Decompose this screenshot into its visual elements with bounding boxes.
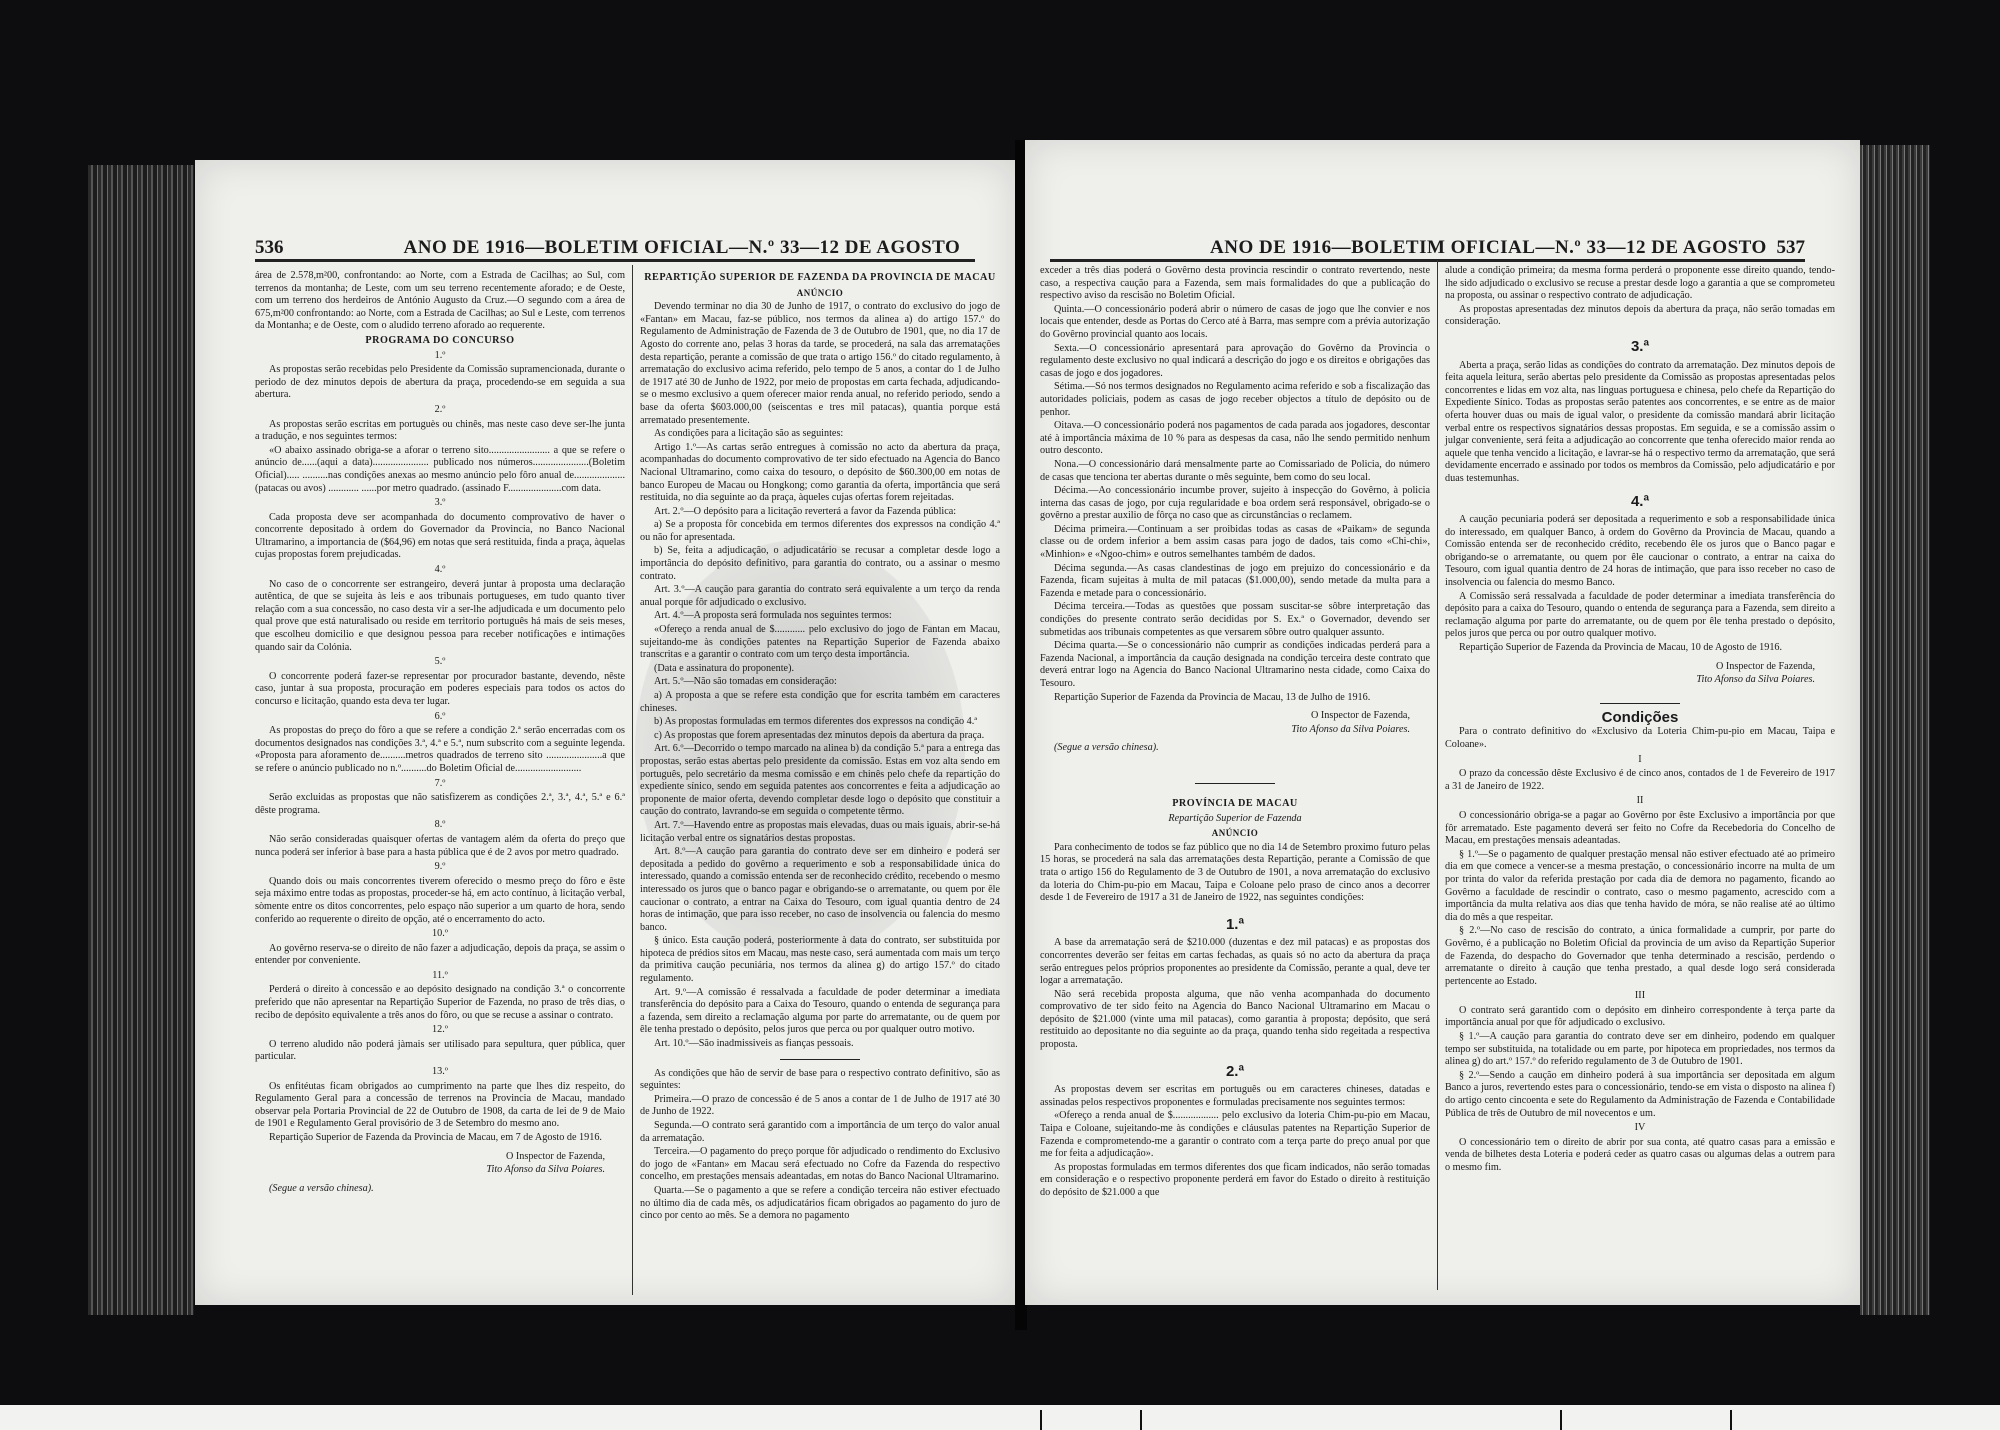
paragraph: As propostas serão recebidas pelo Presid… — [255, 364, 625, 402]
clause-number: II — [1445, 795, 1835, 808]
signature-name: Tito Afonso da Silva Poiares. — [1040, 724, 1430, 737]
paragraph: «Ofereço a renda anual de $............ … — [640, 624, 1000, 662]
paragraph: «O abaixo assinado obriga-se a aforar o … — [255, 445, 625, 495]
paragraph: As propostas formuladas em termos difere… — [1040, 1162, 1430, 1200]
column-divider — [1437, 260, 1438, 1290]
right-column-1: exceder a três dias poderá o Govêrno des… — [1040, 265, 1430, 1201]
paragraph: Para conhecimento de todos se faz públic… — [1040, 842, 1430, 905]
paragraph: O concessionário tem o direito de abrir … — [1445, 1137, 1835, 1175]
paragraph: O concorrente poderá fazer-se representa… — [255, 671, 625, 709]
paragraph: Art. 2.º—O depósito para a licitação rev… — [640, 506, 1000, 519]
paragraph: Não serão consideradas quaisquer ofertas… — [255, 834, 625, 859]
paragraph: Art. 8.º—A caução para garantia do contr… — [640, 846, 1000, 934]
paragraph: Aberta a praça, serão lidas as condições… — [1445, 360, 1835, 486]
divider-rule — [780, 1059, 860, 1060]
paragraph: b) Se, feita a adjudicação, o adjudicatá… — [640, 545, 1000, 583]
divider-rule — [1195, 783, 1275, 784]
clause-number: 2.º — [255, 404, 625, 417]
right-running-header: ANO DE 1916—BOLETIM OFICIAL—N.º 33—12 DE… — [1050, 235, 1805, 262]
film-strip-margin — [0, 1405, 2000, 1430]
clause-number: 4.º — [255, 564, 625, 577]
paragraph: Sexta.—O concessionário apresentará para… — [1040, 343, 1430, 381]
paragraph: Décima quarta.—Se o concessionário não c… — [1040, 640, 1430, 690]
signature-title: O Inspector de Fazenda, — [1445, 661, 1835, 674]
clause-number: III — [1445, 990, 1835, 1003]
paragraph: O prazo da concessão dêste Exclusivo é d… — [1445, 768, 1835, 793]
clause-number: 7.º — [255, 778, 625, 791]
paragraph: Nona.—O concessionário dará mensalmente … — [1040, 459, 1430, 484]
paragraph: Terceira.—O pagamento do preço porque fô… — [640, 1146, 1000, 1184]
section-subheading: ANÚNCIO — [1040, 827, 1430, 840]
paragraph: Art. 10.º—São inadmissiveis as fianças p… — [640, 1038, 1000, 1051]
closing-line: Repartição Superior de Fazenda da Provin… — [1445, 642, 1835, 655]
left-running-header: 536 ANO DE 1916—BOLETIM OFICIAL—N.º 33—1… — [255, 235, 975, 262]
clause-number: 3.º — [255, 497, 625, 510]
section-heading: PROVÍNCIA DE MACAU — [1040, 798, 1430, 811]
paragraph: Sétima.—Só nos termos designados no Regu… — [1040, 381, 1430, 419]
signature-name: Tito Afonso da Silva Poiares. — [255, 1164, 625, 1177]
section-heading: REPARTIÇÃO SUPERIOR DE FAZENDA DA PROVIN… — [640, 272, 1000, 285]
paragraph: § 1.º—Se o pagamento de qualquer prestaç… — [1445, 849, 1835, 925]
paragraph: «Ofereço a renda anual de $.............… — [1040, 1110, 1430, 1160]
paragraph: Não será recebida proposta alguma, que n… — [1040, 989, 1430, 1052]
clause-number: 6.º — [255, 711, 625, 724]
paragraph: O concessionário obriga-se a pagar ao Go… — [1445, 810, 1835, 848]
paragraph: As propostas apresentadas dez minutos de… — [1445, 304, 1835, 329]
paragraph: A base da arrematação será de $210.000 (… — [1040, 937, 1430, 987]
paragraph: Para o contrato definitivo do «Exclusivo… — [1445, 726, 1835, 751]
paragraph: As propostas serão escritas em portuguès… — [255, 419, 625, 444]
film-mark — [1140, 1410, 1142, 1430]
paragraph: Oitava.—O concessionário poderá nos paga… — [1040, 420, 1430, 458]
running-head: ANO DE 1916—BOLETIM OFICIAL—N.º 33—12 DE… — [404, 237, 976, 259]
paragraph: Art. 3.º—A caução para garantia do contr… — [640, 584, 1000, 609]
paragraph: § 2.º—Sendo a caução em dinheiro poderá … — [1445, 1070, 1835, 1120]
paragraph: Segunda.—O contrato será garantido com a… — [640, 1120, 1000, 1145]
right-column-2: alude a condição primeira; da mesma form… — [1445, 265, 1835, 1176]
clause-number: 1.ª — [1040, 919, 1430, 932]
section-subheading: ANÚNCIO — [640, 287, 1000, 300]
signature-title: O Inspector de Fazenda, — [1040, 710, 1430, 723]
clause-number: 8.º — [255, 819, 625, 832]
note: (Segue a versão chinesa). — [1040, 742, 1430, 755]
clause-number: 2.ª — [1040, 1066, 1430, 1079]
clause-number: 11.º — [255, 970, 625, 983]
paragraph: b) As propostas formuladas em termos dif… — [640, 716, 1000, 729]
film-mark — [1730, 1410, 1732, 1430]
paragraph: a) A proposta a que se refere esta condi… — [640, 690, 1000, 715]
paragraph: a) Se a proposta fôr concebida em termos… — [640, 519, 1000, 544]
clause-number: 9.º — [255, 861, 625, 874]
paragraph: Art. 9.º—A comissão é ressalvada a facul… — [640, 987, 1000, 1037]
book-edge-right — [1860, 145, 1930, 1315]
clause-number: I — [1445, 754, 1835, 767]
page-number: 537 — [1777, 237, 1806, 259]
paragraph: As condições que hão de servir de base p… — [640, 1068, 1000, 1093]
film-mark — [1560, 1410, 1562, 1430]
section-heading: PROGRAMA DO CONCURSO — [255, 335, 625, 348]
paragraph: A Comissão será ressalvada a faculdade d… — [1445, 591, 1835, 641]
paragraph: As propostas devem ser escritas em portu… — [1040, 1084, 1430, 1109]
section-subheading: Repartição Superior de Fazenda — [1040, 813, 1430, 826]
paragraph: área de 2.578,m²00, confrontando: ao Nor… — [255, 270, 625, 333]
closing-line: Repartição Superior de Fazenda da Provin… — [1040, 692, 1430, 705]
note: (Segue a versão chinesa). — [255, 1183, 625, 1196]
paragraph: alude a condição primeira; da mesma form… — [1445, 265, 1835, 303]
column-divider — [632, 265, 633, 1295]
paragraph: As propostas do preço do fôro a que se r… — [255, 725, 625, 775]
paragraph: Quinta.—O concessionário poderá abrir o … — [1040, 304, 1430, 342]
paragraph: Primeira.—O prazo de concessão é de 5 an… — [640, 1094, 1000, 1119]
paragraph: Art. 6.º—Decorrido o tempo marcado na al… — [640, 743, 1000, 819]
paragraph: c) As propostas que forem apresentadas d… — [640, 730, 1000, 743]
paragraph: § 1.º—A caução para garantia do contrato… — [1445, 1031, 1835, 1069]
left-column-1: área de 2.578,m²00, confrontando: ao Nor… — [255, 270, 625, 1196]
clause-number: IV — [1445, 1122, 1835, 1135]
paragraph: Serão excluidas as propostas que não sat… — [255, 792, 625, 817]
signature-title: O Inspector de Fazenda, — [255, 1151, 625, 1164]
clause-number: 13.º — [255, 1066, 625, 1079]
left-page: 536 ANO DE 1916—BOLETIM OFICIAL—N.º 33—1… — [195, 160, 1015, 1305]
clause-number: 12.º — [255, 1024, 625, 1037]
paragraph: O contrato será garantido com o depósito… — [1445, 1005, 1835, 1030]
signature-name: Tito Afonso da Silva Poiares. — [1445, 674, 1835, 687]
paragraph: Décima.—Ao concessionário incumbe prover… — [1040, 485, 1430, 523]
section-heading: Condições — [1445, 712, 1835, 725]
paragraph: Quando dois ou mais concorrentes tiverem… — [255, 876, 625, 926]
paragraph: O terreno aludido não poderá jàmais ser … — [255, 1039, 625, 1064]
clause-number: 5.º — [255, 656, 625, 669]
paragraph: Art. 7.º—Havendo entre as propostas mais… — [640, 820, 1000, 845]
paragraph: exceder a três dias poderá o Govêrno des… — [1040, 265, 1430, 303]
paragraph: Ao govêrno reserva-se o direito de não f… — [255, 943, 625, 968]
paragraph: Perderá o direito à concessão e ao depós… — [255, 984, 625, 1022]
paragraph: No caso de o concorrente ser estrangeiro… — [255, 579, 625, 655]
running-head: ANO DE 1916—BOLETIM OFICIAL—N.º 33—12 DE… — [1210, 237, 1777, 259]
book-edge-left — [88, 165, 194, 1315]
paragraph: Décima primeira.—Continuam a ser proibid… — [1040, 524, 1430, 562]
paragraph: A caução pecuniaria poderá ser depositad… — [1445, 514, 1835, 590]
left-column-2: REPARTIÇÃO SUPERIOR DE FAZENDA DA PROVIN… — [640, 270, 1000, 1224]
paragraph: Devendo terminar no dia 30 de Junho de 1… — [640, 301, 1000, 427]
paragraph: Art. 4.º—A proposta será formulada nos s… — [640, 610, 1000, 623]
paragraph: Quarta.—Se o pagamento a que se refere a… — [640, 1185, 1000, 1223]
clause-number: 4.ª — [1445, 496, 1835, 509]
paragraph: Artigo 1.º—As cartas serão entregues à c… — [640, 442, 1000, 505]
film-mark — [1040, 1410, 1042, 1430]
divider-rule — [1600, 703, 1680, 704]
clause-number: 3.ª — [1445, 341, 1835, 354]
paragraph: Art. 5.º—Não são tomadas em consideração… — [640, 676, 1000, 689]
paragraph: As condições para a licitação são as seg… — [640, 428, 1000, 441]
right-page: ANO DE 1916—BOLETIM OFICIAL—N.º 33—12 DE… — [1025, 140, 1860, 1305]
closing-line: Repartição Superior de Fazenda da Provin… — [255, 1132, 625, 1145]
clause-number: 1.º — [255, 350, 625, 363]
paragraph: Os enfitéutas ficam obrigados ao cumprim… — [255, 1081, 625, 1131]
paragraph: (Data e assinatura do proponente). — [640, 663, 1000, 676]
paragraph: Cada proposta deve ser acompanhada do do… — [255, 512, 625, 562]
paragraph: § único. Esta caução poderá, posteriorme… — [640, 935, 1000, 985]
page-number: 536 — [255, 237, 284, 259]
paragraph: Décima terceira.—Todas as questões que p… — [1040, 601, 1430, 639]
paragraph: Décima segunda.—As casas clandestinas de… — [1040, 563, 1430, 601]
clause-number: 10.º — [255, 928, 625, 941]
paragraph: § 2.º—No caso de rescisão do contrato, a… — [1445, 925, 1835, 988]
